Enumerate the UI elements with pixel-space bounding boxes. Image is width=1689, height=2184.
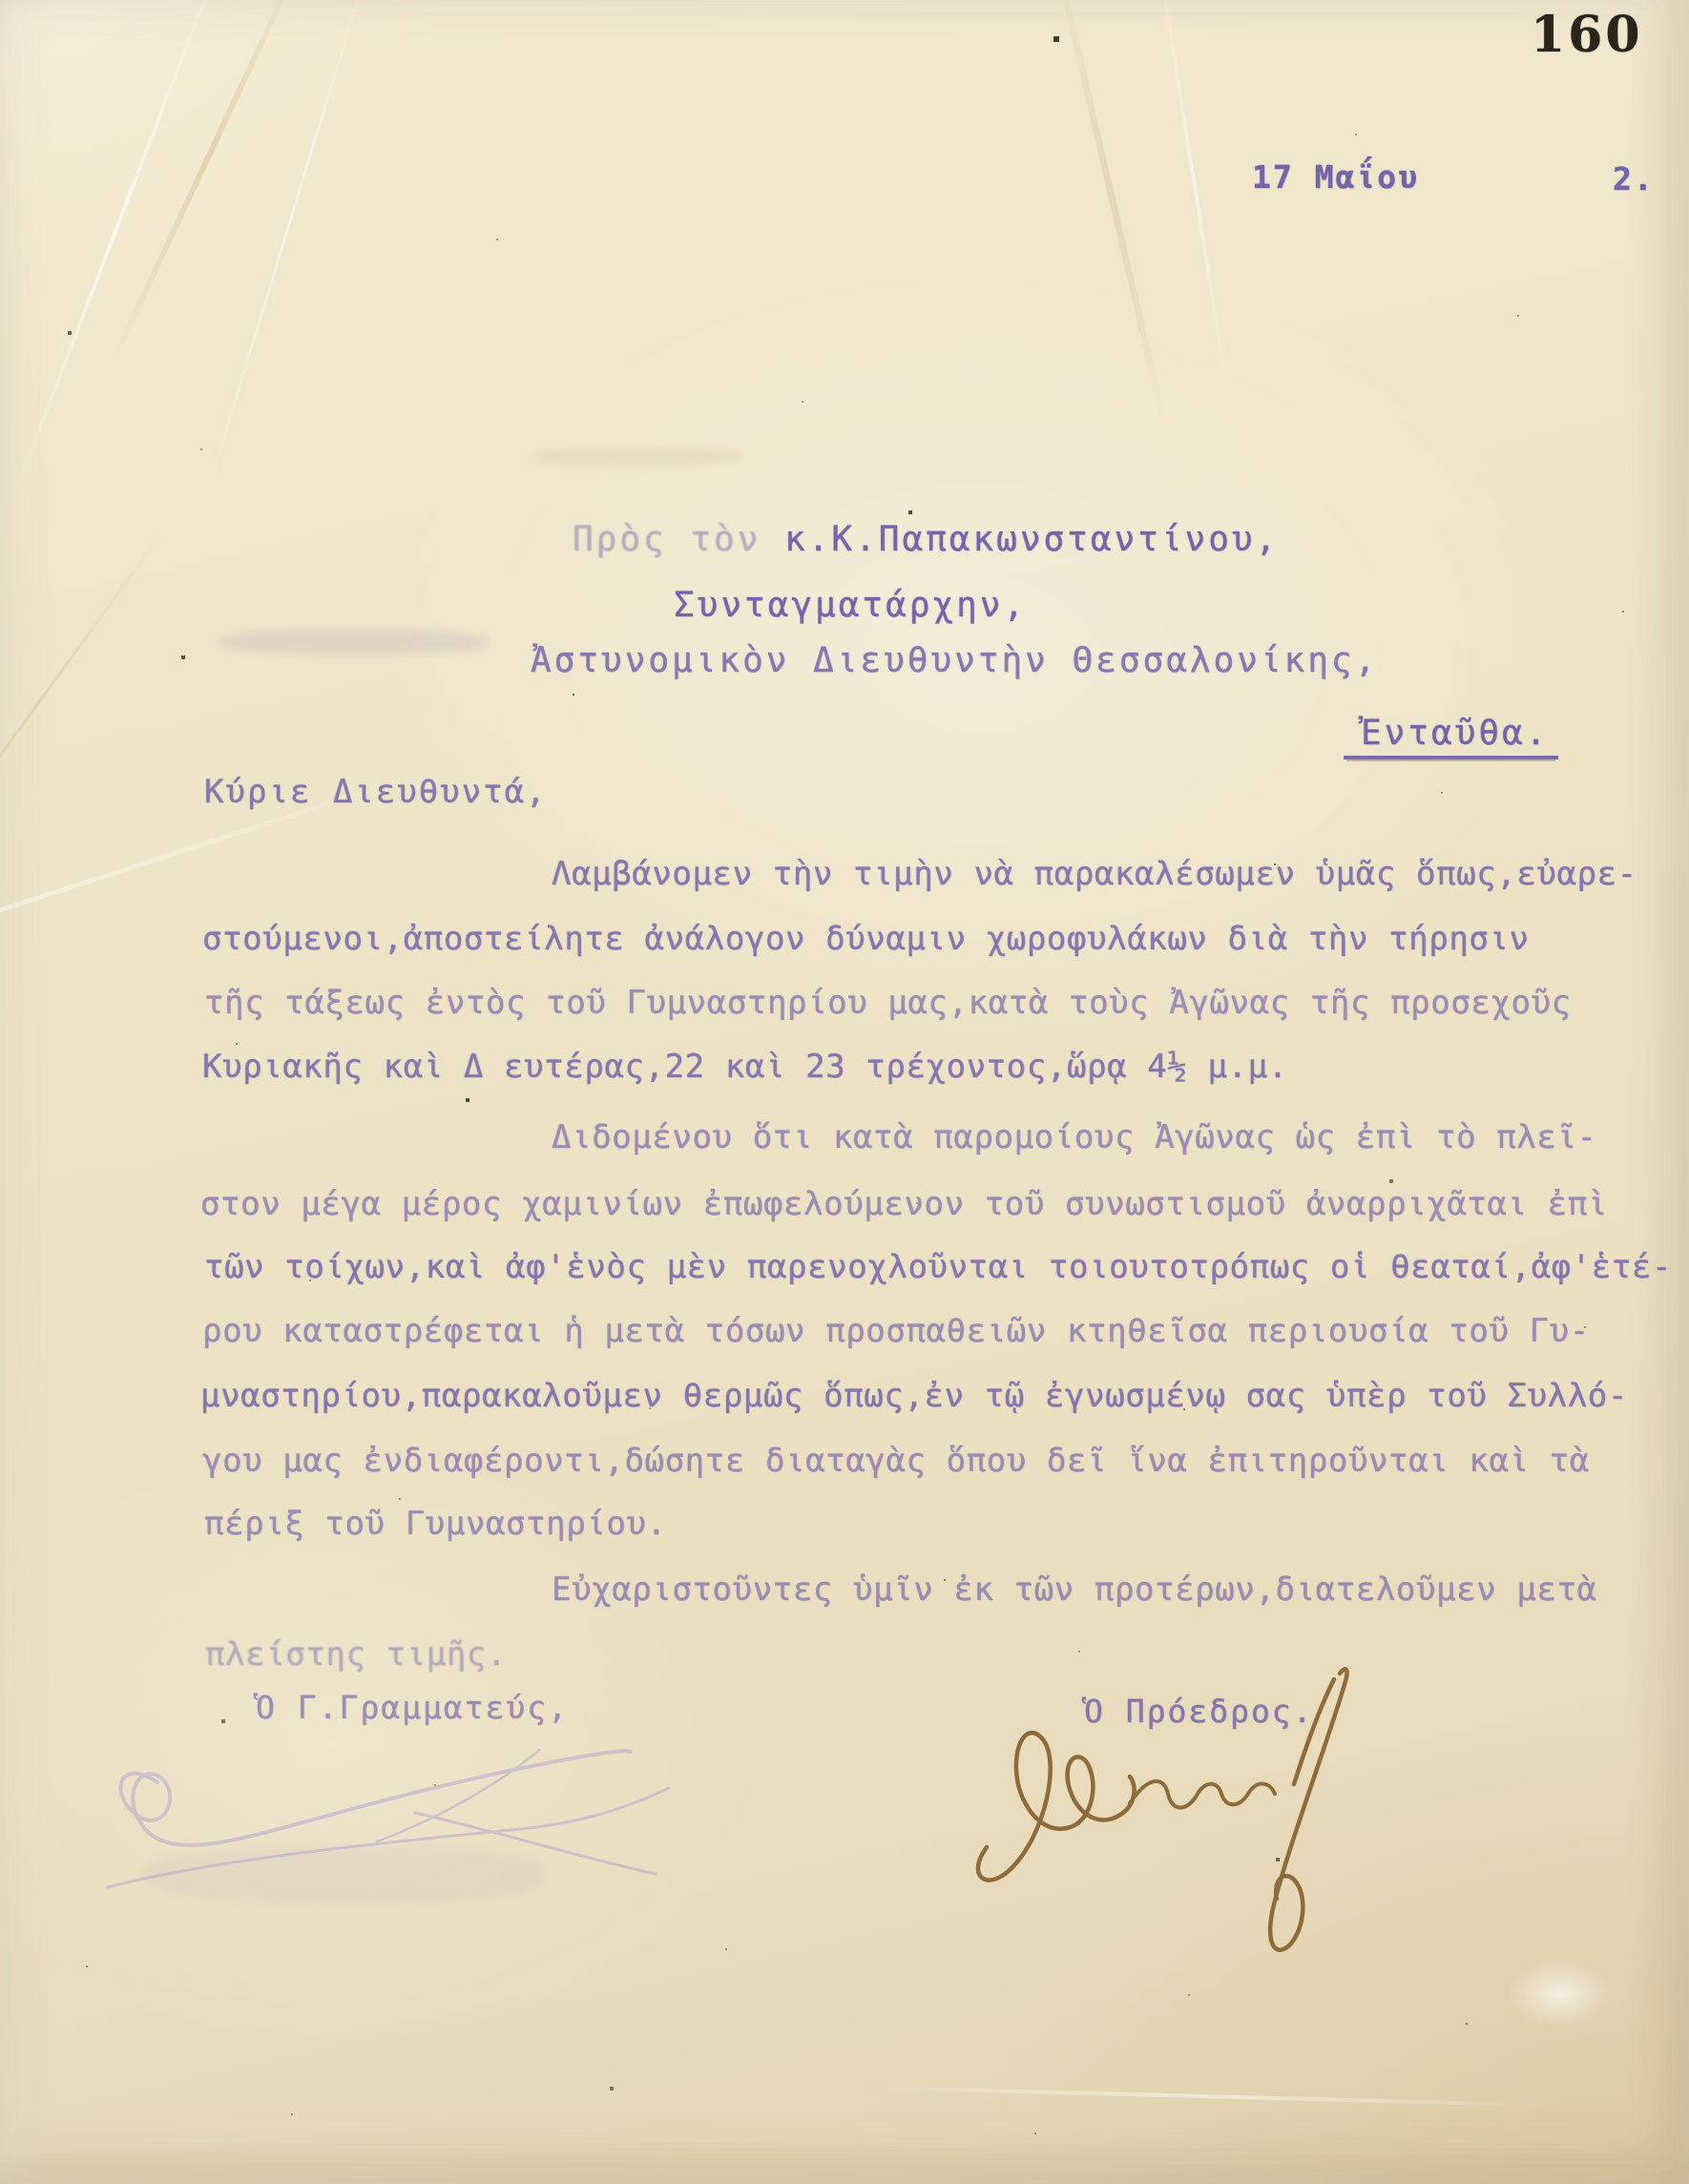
paper-wrinkle-highlight bbox=[1508, 1961, 1613, 2028]
date-year: 2. bbox=[1613, 160, 1655, 198]
faded-ink-smudge bbox=[219, 630, 487, 655]
body-line-13: πλείστης τιμῆς. bbox=[205, 1635, 507, 1674]
paper-crease bbox=[0, 534, 161, 868]
body-line-2: στούμενοι,ἀποστείλητε ἀνάλογον δύναμιν χ… bbox=[202, 920, 1530, 958]
body-line-5: Διδομένου ὅτι κατὰ παρομοίους Ἀγῶνας ὡς … bbox=[552, 1118, 1597, 1156]
body-line-3: τῆς τάξεως ἐντὸς τοῦ Γυμναστηρίου μας,κα… bbox=[204, 984, 1572, 1022]
body-line-6: στον μέγα μέρος χαμινίων ἐπωφελούμενον τ… bbox=[200, 1185, 1608, 1223]
body-line-9: μναστηρίου,παρακαλοῦμεν θερμῶς ὅπως,ἐν τ… bbox=[200, 1377, 1628, 1415]
recipient-title: Ἀστυνομικὸν Διευθυντὴν Θεσσαλονίκης, bbox=[531, 641, 1378, 680]
paper-crease bbox=[1160, 0, 1228, 389]
body-line-11: πέριξ τοῦ Γυμναστηρίου. bbox=[204, 1505, 667, 1543]
body-line-1: Λαμβάνομεν τὴν τιμὴν νὰ παρακαλέσωμεν ὑμ… bbox=[552, 855, 1637, 893]
paper-crease bbox=[12, 0, 221, 497]
body-line-8: ρου καταστρέφεται ἡ μετὰ τόσων προσπαθει… bbox=[202, 1312, 1590, 1350]
body-line-12: Εὐχαριστοῦντες ὑμῖν ἐκ τῶν προτέρων,διατ… bbox=[552, 1570, 1597, 1609]
faded-ink-smudge bbox=[143, 1846, 544, 1903]
page-number: 160 bbox=[1531, 6, 1643, 64]
paper-crease bbox=[1052, 0, 1170, 433]
recipient-place-line: Ἐνταῦθα. bbox=[1344, 714, 1558, 753]
president-label: Ὁ Πρόεδρος. bbox=[1084, 1693, 1314, 1730]
recipient-name: κ.Κ.Παπακωνσταντίνου, bbox=[784, 520, 1279, 559]
date-day-month: 17 Μαΐου bbox=[1252, 158, 1419, 196]
recipient-line-1: Πρὸς τὸν κ.Κ.Παπακωνσταντίνου, bbox=[573, 520, 1279, 559]
salutation: Κύριε Διευθυντά, bbox=[204, 773, 548, 811]
faded-ink-smudge bbox=[534, 448, 744, 466]
secretary-signature bbox=[91, 1708, 701, 1908]
scanned-letter-page: 160 17 Μαΐου 2. Πρὸς τὸν κ.Κ.Παπακωνσταν… bbox=[0, 0, 1689, 2184]
body-line-10: γου μας ἐνδιαφέροντι,δώσητε διαταγὰς ὅπο… bbox=[202, 1442, 1590, 1480]
secretary-label: Ὁ Γ.Γραμματεύς, bbox=[256, 1689, 569, 1726]
foxing-specks bbox=[0, 0, 2, 2]
body-line-4: Κυριακῆς καὶ Δ ευτέρας,22 καὶ 23 τρέχοντ… bbox=[202, 1048, 1288, 1086]
recipient-place: Ἐνταῦθα. bbox=[1344, 714, 1558, 759]
paper-crease bbox=[111, 0, 305, 362]
paper-crease bbox=[840, 2085, 1565, 2108]
recipient-rank: Συνταγματάρχην, bbox=[674, 586, 1027, 625]
recipient-to-prefix: Πρὸς τὸν bbox=[573, 520, 784, 559]
paper-crease bbox=[208, 0, 367, 485]
body-line-7: τῶν τοίχων,καὶ ἀφ'ἑνὸς μὲν παρενοχλοῦντα… bbox=[204, 1248, 1672, 1286]
